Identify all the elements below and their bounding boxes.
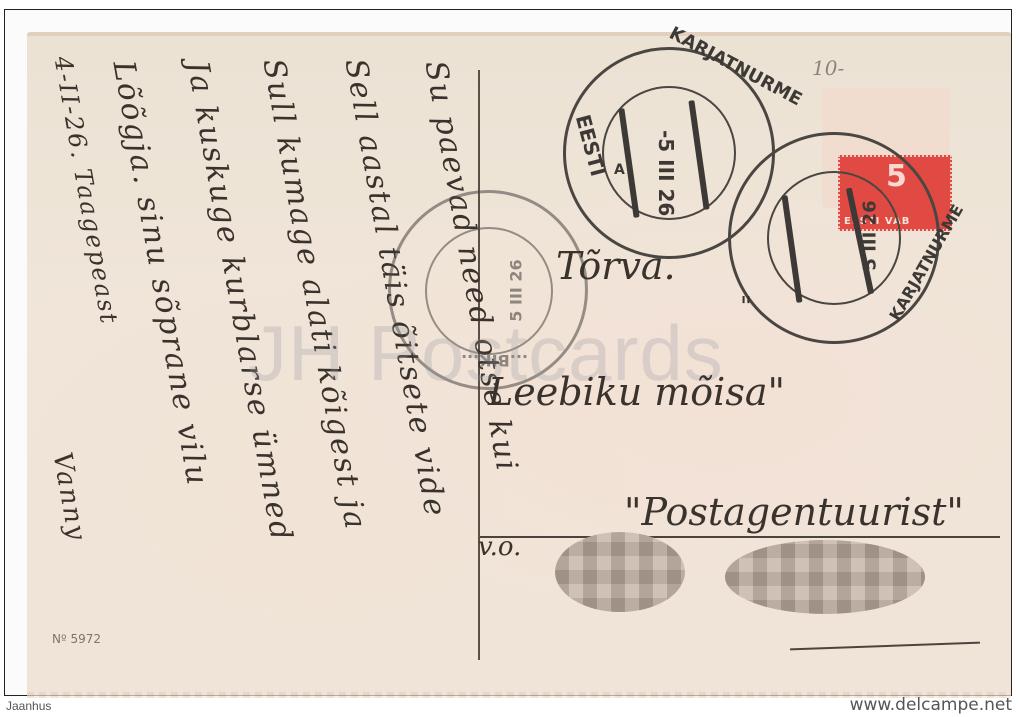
postmark-1-date: -5 III 26 (654, 130, 678, 216)
address-underline (480, 536, 1000, 538)
site-url[interactable]: www.delcampe.net (850, 695, 1012, 715)
postmark-1-letter: A (614, 162, 625, 178)
pencil-note: 10- (812, 56, 844, 80)
seller-name: Jaanhus (6, 699, 51, 713)
address-estate: Leebiku mõisa" (488, 370, 785, 414)
pixelated-name-first (555, 532, 685, 612)
address-city: Tõrva. (556, 244, 676, 288)
publisher-number: Nº 5972 (52, 632, 101, 646)
address-prefix: v.o. (478, 532, 521, 562)
postmark-2-date: 5 III 26 (860, 200, 881, 270)
pixelated-name-last (725, 540, 925, 614)
address-city-ditto: " (740, 292, 752, 322)
address-post-agency: "Postagentuurist" (624, 490, 964, 534)
postmark-karjatnurme-2: 5 III 26 KARJATNURME (728, 132, 940, 344)
